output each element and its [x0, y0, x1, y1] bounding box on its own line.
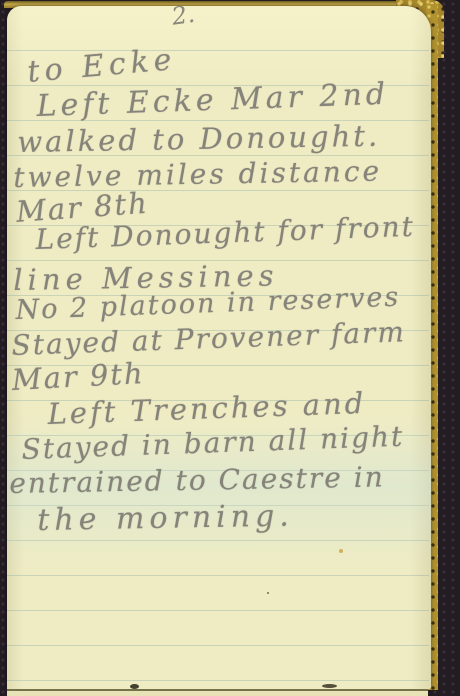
paper-stain	[339, 549, 343, 553]
page-bottom-edge	[7, 689, 428, 696]
paper-stain	[267, 592, 269, 594]
edge-speck	[322, 684, 337, 688]
handwriting-line: walked to Donought.	[17, 119, 380, 159]
handwriting-line: entrained to Caestre in	[9, 460, 385, 500]
notebook-page: 2. to Ecke Left Ecke Mar 2nd walked to D…	[7, 6, 431, 689]
handwriting-block: to Ecke Left Ecke Mar 2nd walked to Dono…	[7, 6, 431, 689]
handwriting-line: to Ecke	[26, 42, 178, 90]
notebook-photo: 2. to Ecke Left Ecke Mar 2nd walked to D…	[0, 0, 460, 696]
handwriting-line: twelve miles distance	[13, 155, 382, 194]
handwriting-line: the morning.	[37, 499, 294, 538]
edge-speck	[130, 684, 139, 689]
handwriting-line: Mar 9th	[11, 356, 145, 397]
